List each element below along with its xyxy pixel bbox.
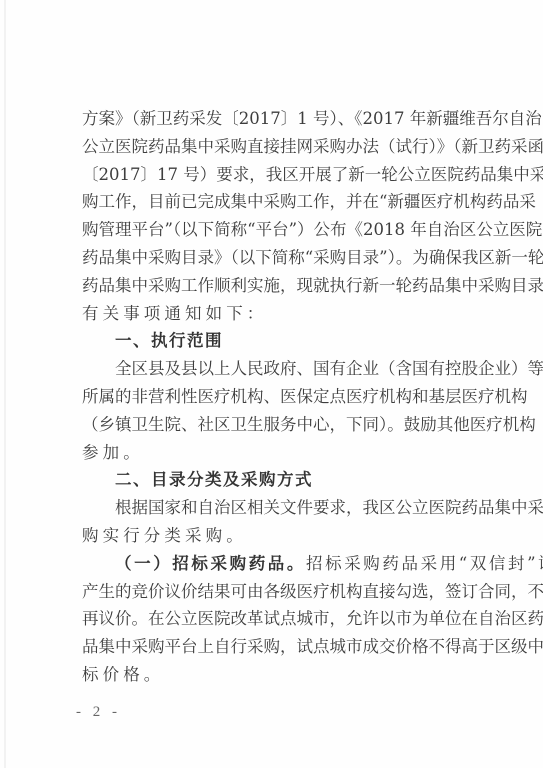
text-line: 药品集中采购工作顺利实施，现就执行新一轮药品集中采购目录 — [82, 272, 482, 300]
page-number: - 2 - — [76, 704, 121, 721]
text-line: 购工作，目前已完成集中采购工作，并在“新疆医疗机构药品采 — [82, 188, 482, 216]
subsection-text: 招标采购药品采用“双信封”评审方式， — [306, 554, 543, 573]
text-line: 标价格。 — [82, 661, 482, 689]
text-line: 所属的非营利性医疗机构、医保定点医疗机构和基层医疗机构 — [82, 383, 482, 411]
section-heading-scope: 一、执行范围 — [82, 327, 482, 355]
text-line: 全区县及县以上人民政府、国有企业（含国有控股企业）等 — [82, 355, 482, 383]
text-line: 购实行分类采购。 — [82, 522, 482, 550]
text-line: 产生的竞价议价结果可由各级医疗机构直接勾选，签订合同，不 — [82, 578, 482, 606]
scan-edge — [4, 0, 6, 768]
text-line: 品集中采购平台上自行采购，试点城市成交价格不得高于区级中 — [82, 633, 482, 661]
text-line: 药品集中采购目录》（以下简称“采购目录”）。为确保我区新一轮 — [82, 244, 482, 272]
text-line: 公立医院药品集中采购直接挂网采购办法（试行）》（新卫药采函 — [82, 133, 482, 161]
text-line: 再议价。在公立医院改革试点城市，允许以市为单位在自治区药 — [82, 605, 482, 633]
document-body: 方案》（新卫药采发〔2017〕1 号）、《2017 年新疆维吾尔自治区 公立医院… — [82, 105, 482, 689]
subsection-line: （一）招标采购药品。招标采购药品采用“双信封”评审方式， — [82, 550, 482, 578]
text-line: 〔2017〕17 号）要求，我区开展了新一轮公立医院药品集中采 — [82, 161, 482, 189]
document-page: 方案》（新卫药采发〔2017〕1 号）、《2017 年新疆维吾尔自治区 公立医院… — [0, 0, 543, 768]
section-heading-catalog: 二、目录分类及采购方式 — [82, 466, 482, 494]
text-line: 购管理平台”（以下简称“平台”）公布《2018 年自治区公立医院 — [82, 216, 482, 244]
text-line: 有关事项通知如下： — [82, 300, 482, 328]
text-line: 参加。 — [82, 439, 482, 467]
text-line: （乡镇卫生院、社区卫生服务中心，下同）。鼓励其他医疗机构 — [82, 411, 482, 439]
text-line: 方案》（新卫药采发〔2017〕1 号）、《2017 年新疆维吾尔自治区 — [82, 105, 482, 133]
text-line: 根据国家和自治区相关文件要求，我区公立医院药品集中采 — [82, 494, 482, 522]
subsection-heading: （一）招标采购药品。 — [115, 554, 306, 573]
